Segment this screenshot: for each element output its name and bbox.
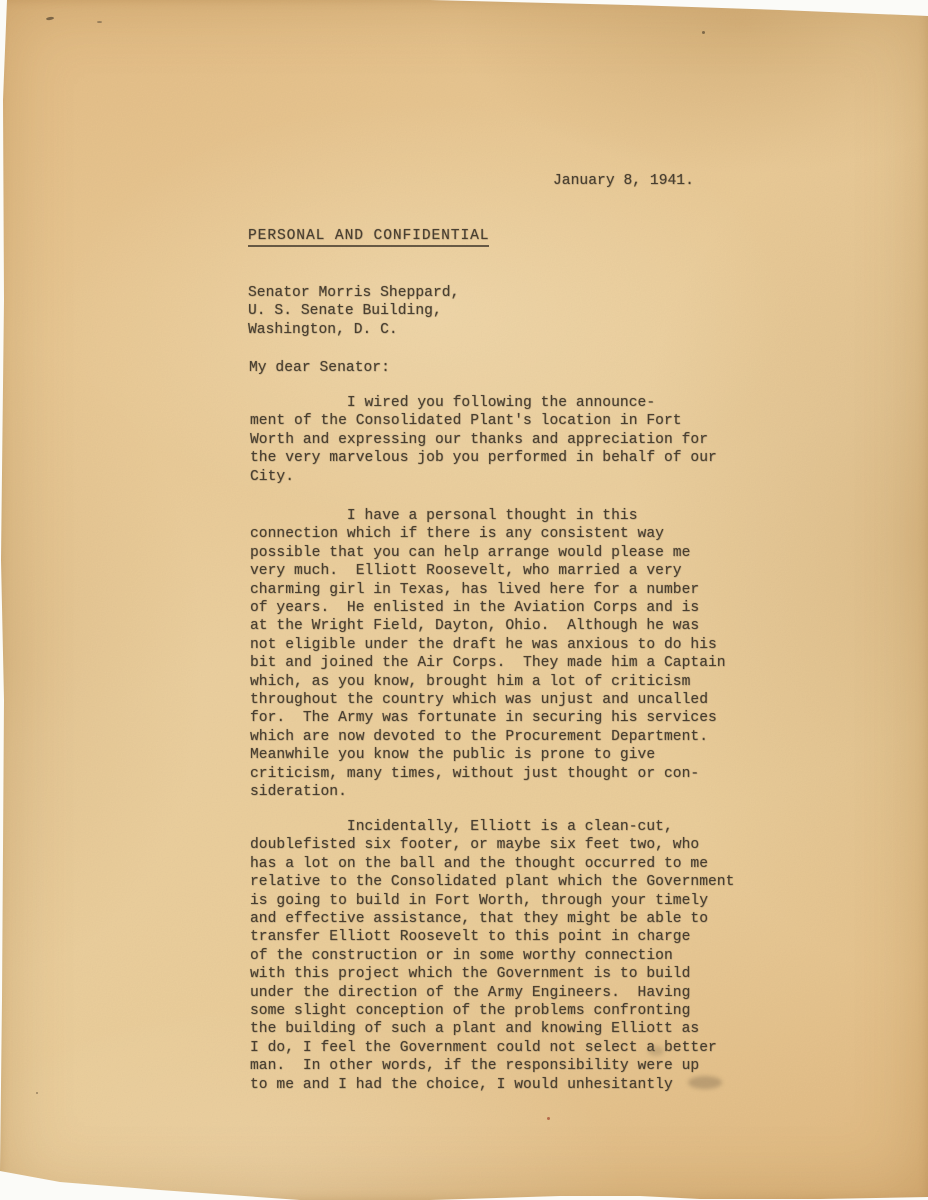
confidential-heading: PERSONAL AND CONFIDENTIAL: [248, 227, 489, 247]
ink-speck: [46, 16, 54, 20]
ink-smudge: [648, 1046, 664, 1056]
letter-paper: January 8, 1941. PERSONAL AND CONFIDENTI…: [0, 0, 928, 1200]
date-line: January 8, 1941.: [553, 172, 694, 190]
body-paragraph-2: I have a personal thought in this connec…: [250, 507, 726, 802]
ink-smudge: [688, 1076, 722, 1089]
ink-speck: [702, 31, 705, 34]
scanned-letter-page: { "palette": { "paper_light": "#edd2a2",…: [0, 0, 928, 1200]
red-speck: [547, 1117, 550, 1120]
ink-speck: [36, 1092, 38, 1094]
salutation: My dear Senator:: [249, 359, 390, 377]
ink-speck: [97, 21, 102, 23]
body-paragraph-1: I wired you following the announce- ment…: [250, 394, 717, 486]
recipient-address: Senator Morris Sheppard, U. S. Senate Bu…: [248, 284, 459, 339]
